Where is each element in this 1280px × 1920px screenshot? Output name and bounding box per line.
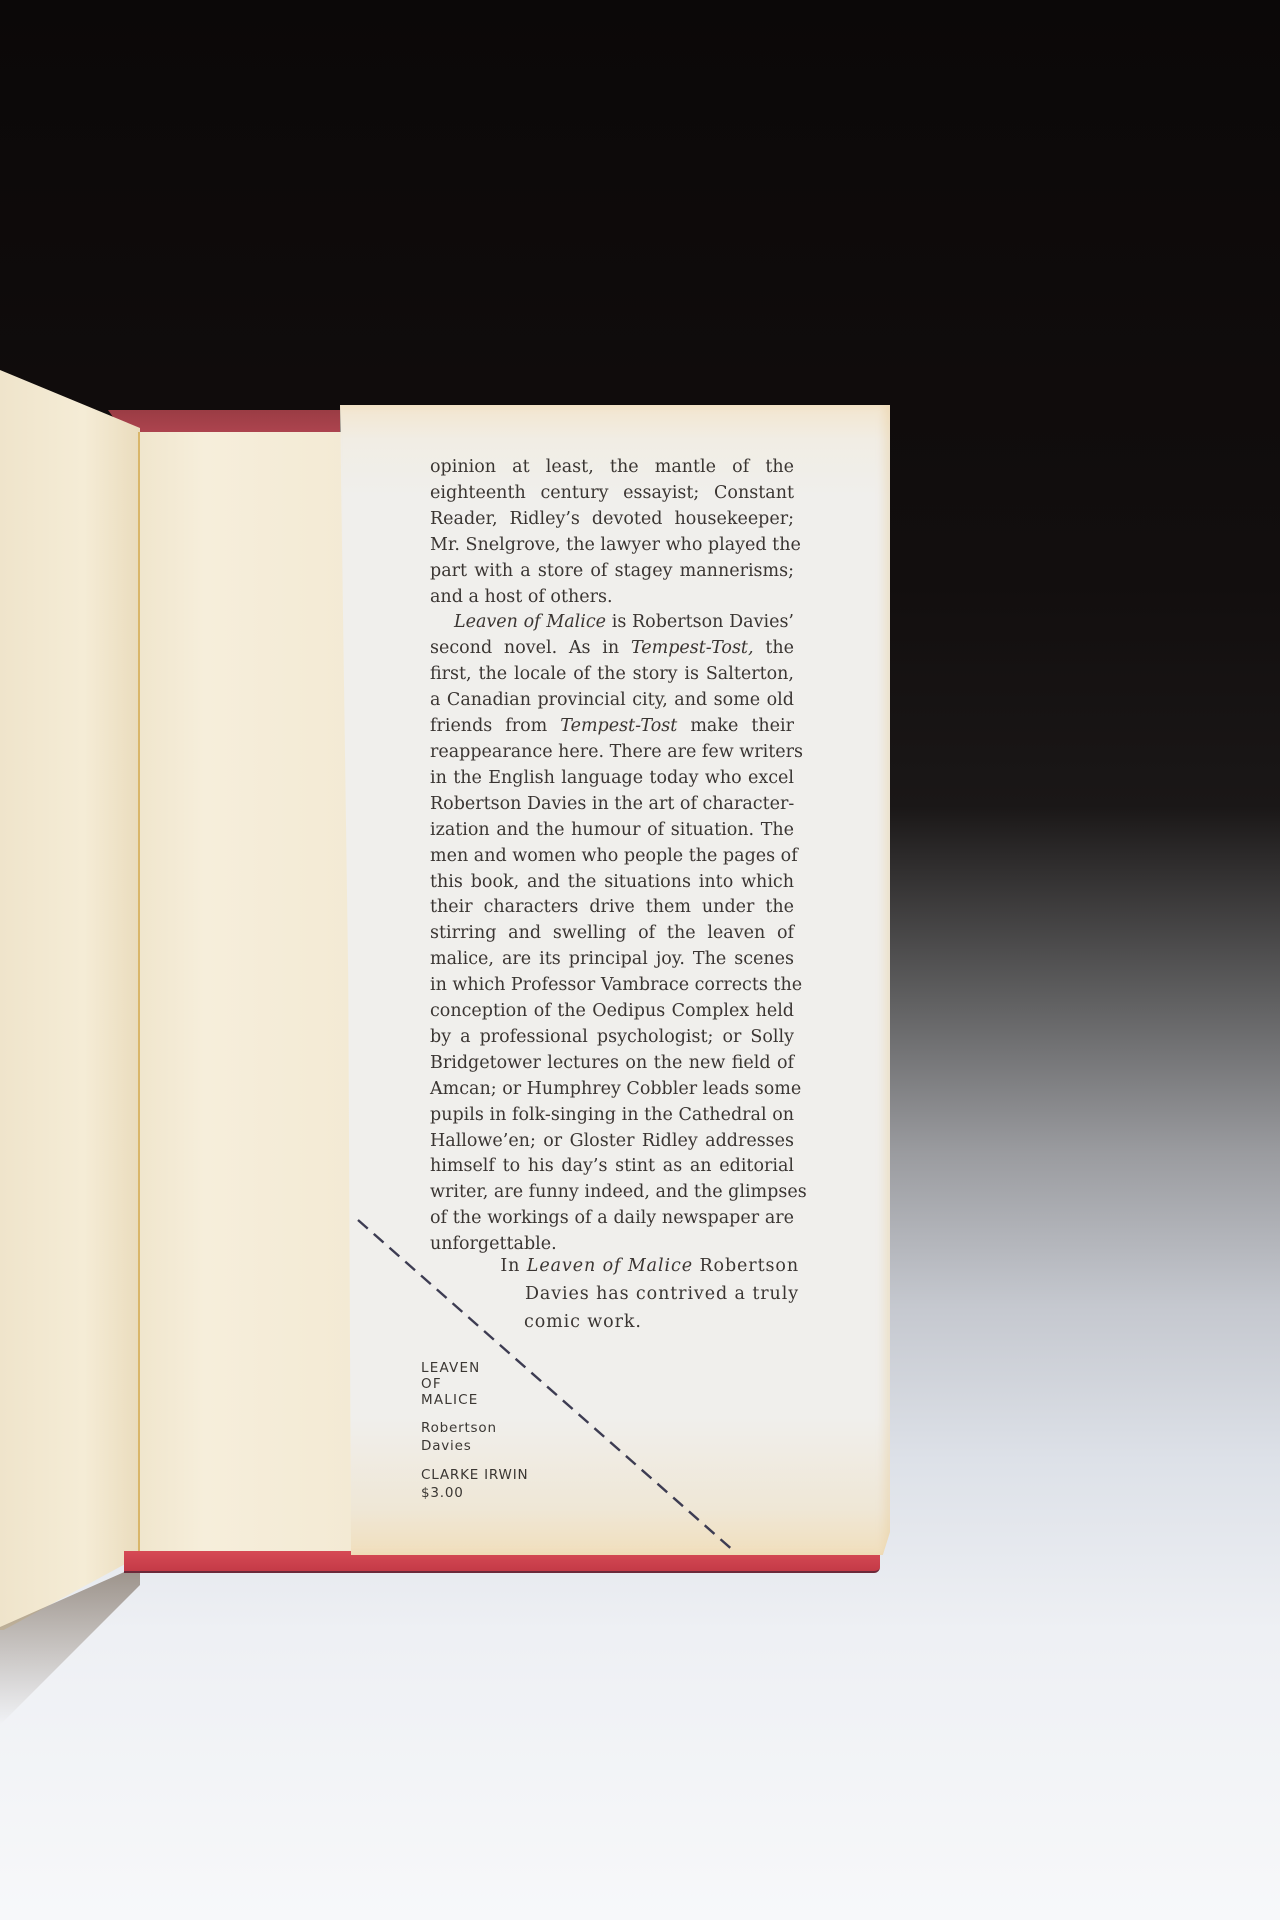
book-title-italic: Leaven of Malice [527,1256,693,1276]
text-line: and a host of others. [430,585,794,611]
text-line: reappearance here. There are few writers [430,740,794,766]
text-line: himself to his day’s stint as an editori… [430,1154,794,1180]
text-line: malice, are its principal joy. The scene… [430,947,794,973]
title-line: MALICE [421,1392,528,1408]
text-line: second novel. As in Tempest-Tost, the [430,636,794,662]
flap-blurb: opinion at least, the mantle of the eigh… [430,455,794,1258]
author-line: Davies [421,1437,528,1455]
text-line: In Leaven of Malice Robertson [466,1252,799,1280]
blurb-paragraph-1: opinion at least, the mantle of the eigh… [430,455,794,610]
text-line: Bridgetower lectures on the new field of [430,1051,794,1077]
book-title-italic: Tempest-Tost, [631,638,754,658]
text-line: in the English language today who excel [430,766,794,792]
text-line: stirring and swelling of the leaven of [430,921,794,947]
text-line: this book, and the situations into which [430,870,794,896]
text-line: Amcan; or Humphrey Cobbler leads some [430,1077,794,1103]
publisher-name: CLARKE IRWIN [421,1466,528,1484]
author-line: Robertson [421,1419,528,1437]
blurb-paragraph-2: Leaven of Malice is Robertson Davies’ se… [430,610,794,1258]
text-line: a Canadian provincial city, and some old [430,688,794,714]
book-title-italic: Leaven of Malice [454,612,606,632]
text-span: In [500,1256,520,1276]
blurb-closing: In Leaven of Malice Robertson Davies has… [466,1252,799,1336]
text-line: of the workings of a daily newspaper are [430,1206,794,1232]
title-line: OF [421,1376,528,1392]
book-photo: opinion at least, the mantle of the eigh… [0,0,1280,1920]
text-line: eighteenth century essayist; Constant [430,481,794,507]
text-line: Leaven of Malice is Robertson Davies’ [430,610,794,636]
text-line: part with a store of stagey mannerisms; [430,559,794,585]
price-label: $3.00 [421,1484,528,1502]
flap-publisher-info: LEAVEN OF MALICE Robertson Davies CLARKE… [421,1360,528,1513]
pastedown-page [138,432,356,1554]
book-title-italic: Tempest-Tost [560,716,677,736]
left-endpaper [0,370,140,1630]
text-line: friends from Tempest-Tost make their [430,714,794,740]
title-line: LEAVEN [421,1360,528,1376]
text-line: opinion at least, the mantle of the [430,455,794,481]
text-line: conception of the Oedipus Complex held [430,999,794,1025]
text-line: comic work. [466,1308,799,1336]
text-span: is Robertson Davies’ [612,612,794,632]
text-line: pupils in folk-singing in the Cathedral … [430,1103,794,1129]
flap-author: Robertson Davies [421,1419,528,1455]
text-line: Hallowe’en; or Gloster Ridley addresses [430,1129,794,1155]
text-span: Robertson [699,1256,799,1276]
text-line: men and women who people the pages of [430,844,794,870]
text-span: make their [690,716,794,736]
flap-publisher-price: CLARKE IRWIN $3.00 [421,1466,528,1502]
text-span: friends from [430,716,547,736]
text-line: Robertson Davies in the art of character… [430,792,794,818]
text-line: Reader, Ridley’s devoted housekeeper; [430,507,794,533]
text-line: by a professional psychologist; or Solly [430,1025,794,1051]
flap-book-title: LEAVEN OF MALICE [421,1360,528,1408]
text-line: in which Professor Vambrace corrects the [430,973,794,999]
text-line: writer, are funny indeed, and the glimps… [430,1180,794,1206]
text-span: the [765,638,794,658]
text-line: their characters drive them under the [430,895,794,921]
text-span: second novel. As in [430,638,619,658]
text-line: Mr. Snelgrove, the lawyer who played the [430,533,794,559]
text-line: Davies has contrived a truly [466,1280,799,1308]
text-line: first, the locale of the story is Salter… [430,662,794,688]
text-line: ization and the humour of situation. The [430,818,794,844]
